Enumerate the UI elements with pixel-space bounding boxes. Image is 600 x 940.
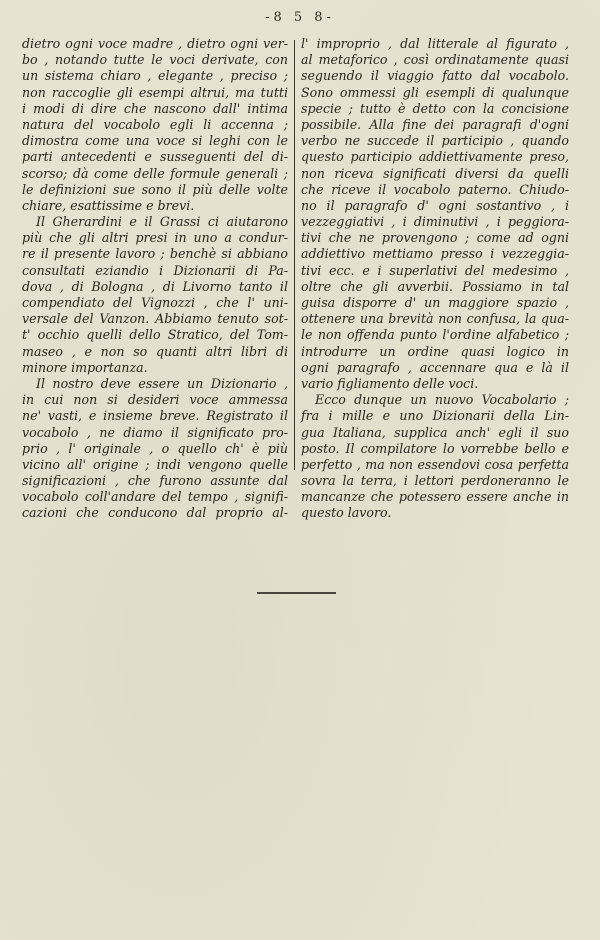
left-text-column: dietro ogni voce madre , dietro ogni ver… <box>22 36 288 522</box>
text-line: oltre che gli avverbii. Possiamo in tal <box>301 279 569 295</box>
text-line: vicino all' origine ; indi vengono quell… <box>22 457 288 473</box>
text-line: vocabolo coll'andare del tempo , signifi… <box>22 489 288 505</box>
text-line: le non offenda punto l'ordine alfabetico… <box>301 327 569 343</box>
text-line: seguendo il viaggio fatto dal vocabolo. <box>301 68 569 84</box>
text-line: un sistema chiaro , elegante , preciso ; <box>22 68 288 84</box>
column-divider <box>294 40 295 470</box>
text-line: Il nostro deve essere un Dizionario , <box>22 376 288 392</box>
text-line: introdurre un ordine quasi logico in <box>301 344 569 360</box>
text-line: consultati eziandio i Dizionarii di Pa- <box>22 263 288 279</box>
text-line: chiare, esattissime e brevi. <box>22 198 288 214</box>
text-line: posto. Il compilatore lo vorrebbe bello … <box>301 441 569 457</box>
text-line: verbo ne succede il participio , quando <box>301 133 569 149</box>
text-line: le definizioni sue sono il più delle vol… <box>22 182 288 198</box>
text-line: ogni paragrafo , accennare qua e là il <box>301 360 569 376</box>
text-line: scorso; dà come delle formule generali ; <box>22 166 288 182</box>
text-line: versale del Vanzon. Abbiamo tenuto sot- <box>22 311 288 327</box>
text-line: l' improprio , dal litterale al figurato… <box>301 36 569 52</box>
text-line: i modi di dire che nascono dall' intima <box>22 101 288 117</box>
text-line: possibile. Alla fine dei paragrafi d'ogn… <box>301 117 569 133</box>
text-line: natura del vocabolo egli li accenna ; <box>22 117 288 133</box>
text-line: guisa disporre d' un maggiore spazio , <box>301 295 569 311</box>
text-line: Il Gherardini e il Grassi ci aiutarono <box>22 214 288 230</box>
right-text-column: l' improprio , dal litterale al figurato… <box>301 36 569 522</box>
text-line: dimostra come una voce si leghi con le <box>22 133 288 149</box>
text-line: parti antecedenti e susseguenti del di- <box>22 149 288 165</box>
text-line: ne' vasti, e insieme breve. Registrato i… <box>22 408 288 424</box>
text-line: bo , notando tutte le voci derivate, con <box>22 52 288 68</box>
text-line: addiettivo mettiamo presso i vezzeggia- <box>301 246 569 262</box>
text-line: specie ; tutto è detto con la concisione <box>301 101 569 117</box>
text-line: tivi ecc. e i superlativi del medesimo , <box>301 263 569 279</box>
text-line: significazioni , che furono assunte dal <box>22 473 288 489</box>
text-line: in cui non si desideri voce ammessa <box>22 392 288 408</box>
text-line: re il presente lavoro ; benchè si abbian… <box>22 246 288 262</box>
text-line: mancanze che potessero essere anche in <box>301 489 569 505</box>
text-line: vezzeggiativi , i diminutivi , i peggior… <box>301 214 569 230</box>
text-line: compendiato del Vignozzi , che l' uni- <box>22 295 288 311</box>
text-line: gua Italiana, supplica anch' egli il suo <box>301 425 569 441</box>
text-line: maseo , e non so quanti altri libri di <box>22 344 288 360</box>
text-line: che riceve il vocabolo paterno. Chiudo- <box>301 182 569 198</box>
text-line: perfetto , ma non essendovi cosa perfett… <box>301 457 569 473</box>
page-folio: -8 5 8- <box>0 10 600 25</box>
text-line: dietro ogni voce madre , dietro ogni ver… <box>22 36 288 52</box>
text-line: vocabolo , ne diamo il significato pro- <box>22 425 288 441</box>
text-line: sovra la terra, i lettori perdoneranno l… <box>301 473 569 489</box>
text-line: t' occhio quelli dello Stratico, del Tom… <box>22 327 288 343</box>
text-line: vario figliamento delle voci. <box>301 376 569 392</box>
text-line: al metaforico , così ordinatamente quasi <box>301 52 569 68</box>
text-line: Sono ommessi gli esempli di qualunque <box>301 85 569 101</box>
text-line: ottenere una brevità non confusa, la qua… <box>301 311 569 327</box>
text-line: questo lavoro. <box>301 505 569 521</box>
end-rule <box>257 592 336 594</box>
text-line: Ecco dunque un nuovo Vocabolario ; <box>301 392 569 408</box>
text-line: prio , l' originale , o quello ch' è più <box>22 441 288 457</box>
book-page: -8 5 8- dietro ogni voce madre , dietro … <box>0 0 600 940</box>
text-line: cazioni che conducono dal proprio al- <box>22 505 288 521</box>
text-line: questo participio addiettivamente preso, <box>301 149 569 165</box>
text-line: non raccoglie gli esempi altrui, ma tutt… <box>22 85 288 101</box>
text-line: no il paragrafo d' ogni sostantivo , i <box>301 198 569 214</box>
text-line: dova , di Bologna , di Livorno tanto il <box>22 279 288 295</box>
text-line: fra i mille e uno Dizionarii della Lin- <box>301 408 569 424</box>
text-line: tivi che ne provengono ; come ad ogni <box>301 230 569 246</box>
text-line: non riceva significati diversi da quelli <box>301 166 569 182</box>
text-line: più che gli altri presi in uno a condur- <box>22 230 288 246</box>
text-line: minore importanza. <box>22 360 288 376</box>
